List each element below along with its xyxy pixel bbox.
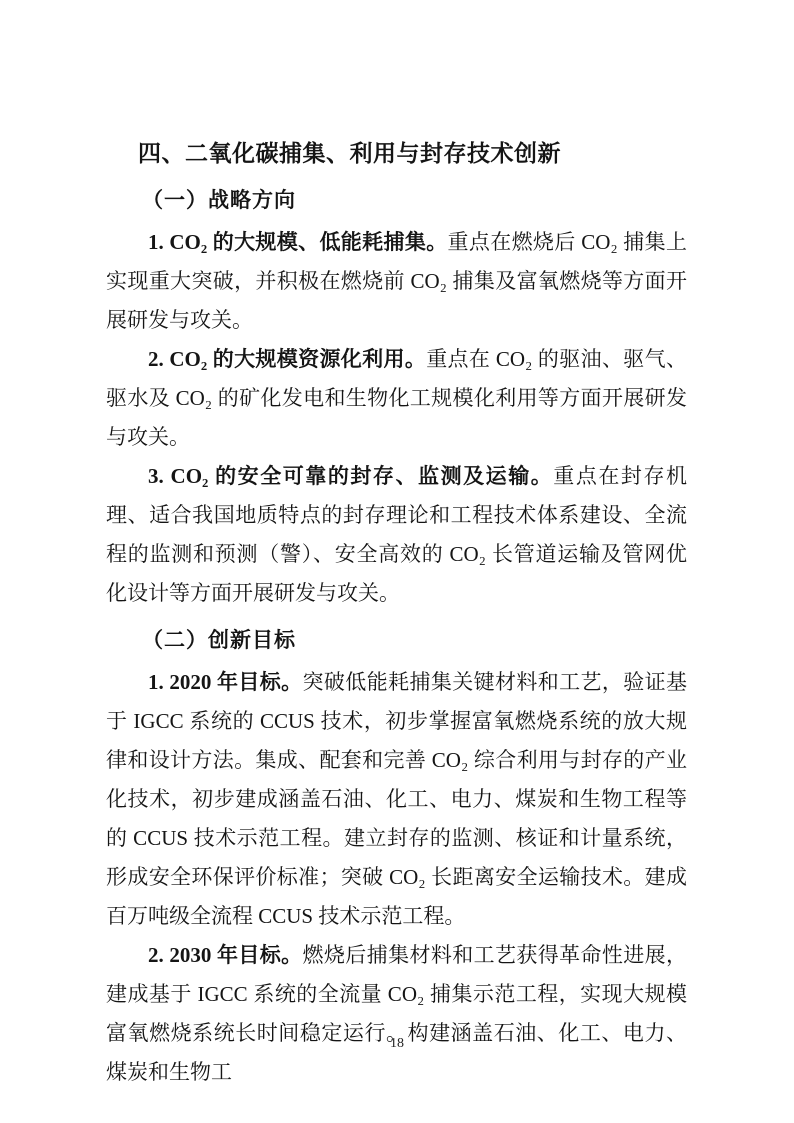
paragraph-strategy-2: 2. CO₂ 的大规模资源化利用。重点在 CO₂ 的驱油、驱气、驱水及 CO₂ … [106, 340, 687, 457]
paragraph-goal-2030: 2. 2030 年目标。燃烧后捕集材料和工艺获得革命性进展，建成基于 IGCC … [106, 936, 687, 1092]
subsection-1-title: （一）战略方向 [106, 181, 687, 220]
paragraph-strategy-1: 1. CO₂ 的大规模、低能耗捕集。重点在燃烧后 CO₂ 捕集上实现重大突破，并… [106, 223, 687, 340]
subsection-2-title: （二）创新目标 [106, 621, 687, 660]
text-block: 四、二氧化碳捕集、利用与封存技术创新 （一）战略方向 1. CO₂ 的大规模、低… [106, 0, 687, 1092]
document-page: 四、二氧化碳捕集、利用与封存技术创新 （一）战略方向 1. CO₂ 的大规模、低… [0, 0, 794, 1123]
paragraph-lead: 3. CO₂ 的安全可靠的封存、监测及运输。 [148, 464, 553, 488]
paragraph-lead: 2. 2030 年目标。 [148, 943, 303, 967]
paragraph-lead: 1. CO₂ 的大规模、低能耗捕集。 [148, 230, 448, 254]
chapter-heading: 四、二氧化碳捕集、利用与封存技术创新 [106, 134, 687, 173]
paragraph-strategy-3: 3. CO₂ 的安全可靠的封存、监测及运输。重点在封存机理、适合我国地质特点的封… [106, 457, 687, 613]
page-number: 18 [0, 1034, 794, 1054]
paragraph-lead: 2. CO₂ 的大规模资源化利用。 [148, 347, 426, 371]
paragraph-goal-2020: 1. 2020 年目标。突破低能耗捕集关键材料和工艺，验证基于 IGCC 系统的… [106, 663, 687, 936]
paragraph-lead: 1. 2020 年目标。 [148, 670, 303, 694]
paragraph-body: 突破低能耗捕集关键材料和工艺，验证基于 IGCC 系统的 CCUS 技术，初步掌… [106, 670, 687, 928]
